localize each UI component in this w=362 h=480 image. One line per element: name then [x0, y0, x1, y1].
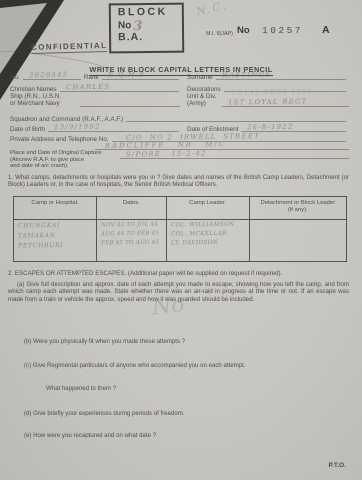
table-row-leader: COL. WILLIAMSON — [171, 221, 249, 228]
table-row-dates: NOV 42 TO JUL 44 — [101, 222, 166, 229]
no-field-label: No. — [10, 74, 20, 81]
no-field: 3920545 — [23, 70, 81, 80]
no-field-value: 3920545 — [29, 71, 68, 80]
surname-field-value: HASTINGS — [222, 71, 271, 80]
unit-label-line2: (Army) — [187, 100, 216, 107]
form-reference: M.I. 9(JAP) — [206, 31, 233, 37]
table-row-camp: TAMAKAN — [18, 232, 96, 240]
camp-column: CHUNGKAI TAMAKAN PETCHBURI — [14, 220, 97, 261]
table-row-detachment — [254, 225, 346, 226]
table-row-dates: AUG 44 TO FEB 45 — [101, 231, 166, 238]
surname-field-label: Surname — [187, 74, 213, 81]
table-row-leader: LT. DAVIDSON — [171, 240, 249, 247]
address-label: Private Address and Telephone No. — [10, 136, 109, 143]
table-row-detachment — [254, 221, 346, 222]
confidential-stamp: CONFIDENTIAL — [31, 41, 108, 54]
enlistment-field: 26-8-1922 — [241, 122, 346, 132]
capture-field: S/PORE 15-2-42 — [120, 148, 349, 159]
table-row-dates: FEB 45 TO AUG 45 — [101, 240, 166, 247]
enlistment-value: 26-8-1922 — [247, 123, 294, 132]
capture-label-line3: and date of a/c crash). — [10, 163, 101, 170]
question1-text: 1. What camps, detachments or hospitals … — [8, 174, 349, 189]
christian-names-label: Christian Names — [10, 86, 57, 93]
leader-column: COL. WILLIAMSON COL. MCKELLAR LT. DAVIDS… — [167, 220, 250, 261]
ship-label-line2: or Merchant Navy — [10, 100, 61, 107]
rank-field-label: Rank — [84, 74, 99, 81]
detachment-column — [250, 220, 346, 261]
question2c-text: (c) Give Regimental particulars of anyon… — [24, 362, 344, 369]
col-header-leader: Camp Leader. — [167, 197, 250, 220]
unit-value: 1ST LOYAL REGT — [228, 97, 308, 106]
dates-column: NOV 42 TO JUL 44 AUG 44 TO FEB 45 FEB 45… — [97, 220, 167, 261]
question2b-text: (b) Were you physically fit when you mad… — [24, 338, 344, 345]
surname-field: HASTINGS — [216, 70, 346, 80]
block-stamp-line1: BLOCK — [118, 7, 182, 19]
camps-table: Camp or Hospital. Dates. Camp Leader. De… — [13, 196, 347, 262]
question2e-text: (e) How were you recaptured and on what … — [24, 432, 344, 439]
rank-field: R.Q.M.S. — [102, 70, 179, 80]
serial-no-label: No — [237, 25, 250, 36]
unit-label-line1: Unit & Div. — [187, 93, 216, 100]
pow-questionnaire-form: CONFIDENTIAL BLOCK No3 B.A. N.C. M.I. 9(… — [0, 0, 362, 480]
series-letter: A — [322, 24, 330, 36]
table-row-camp: PETCHBURI — [18, 242, 96, 250]
ship-label-line1: Ship (R.N., U.S.N. — [10, 93, 61, 100]
col-header-camp: Camp or Hospital. — [14, 197, 97, 220]
question2a-answer-handwritten: No — [151, 292, 186, 320]
christian-names-field: CHARLES — [60, 82, 179, 92]
table-row-camp: CHUNGKAI — [18, 221, 96, 229]
question2d-text: (d) Give briefly your experiences during… — [24, 410, 344, 417]
christian-names-value: CHARLES — [65, 83, 109, 92]
rank-field-value: R.Q.M.S. — [107, 71, 148, 80]
question2-heading: 2. ESCAPES OR ATTEMPTED ESCAPES. (Additi… — [8, 270, 349, 277]
serial-number: 10257 — [262, 25, 303, 36]
capture-value: S/PORE 15-2-42 — [126, 149, 207, 158]
capture-label-line2: (Aircrew R.A.F. to give place — [10, 157, 101, 164]
col-header-dates: Dates. — [97, 197, 167, 220]
table-row-detachment — [254, 225, 346, 226]
block-stamp-line3: B.A. — [118, 32, 182, 44]
dob-field: 13/9/1902 — [48, 122, 179, 132]
dob-value: 13/9/1902 — [54, 123, 101, 132]
col-header-detachment: Detachment or Block Leader (if any). — [250, 197, 346, 220]
block-number-handwritten: 3 — [133, 19, 142, 34]
block-stamp: BLOCK No3 B.A. — [109, 3, 185, 54]
ship-field — [80, 105, 180, 107]
block-stamp-no-prefix: No — [118, 20, 131, 31]
table-row-leader: COL. MCKELLAR — [171, 231, 249, 238]
pto-marker: P.T.O. — [329, 462, 346, 469]
unit-field: 1ST LOYAL REGT — [222, 96, 349, 107]
capture-label-line1: Place and Date of Original Capture — [10, 150, 101, 157]
question2c-followup-text: What happened to them ? — [46, 385, 346, 392]
decorations-label: Decorations — [187, 86, 221, 93]
squadron-field — [126, 112, 346, 122]
pencil-note: N.C. — [195, 0, 229, 18]
